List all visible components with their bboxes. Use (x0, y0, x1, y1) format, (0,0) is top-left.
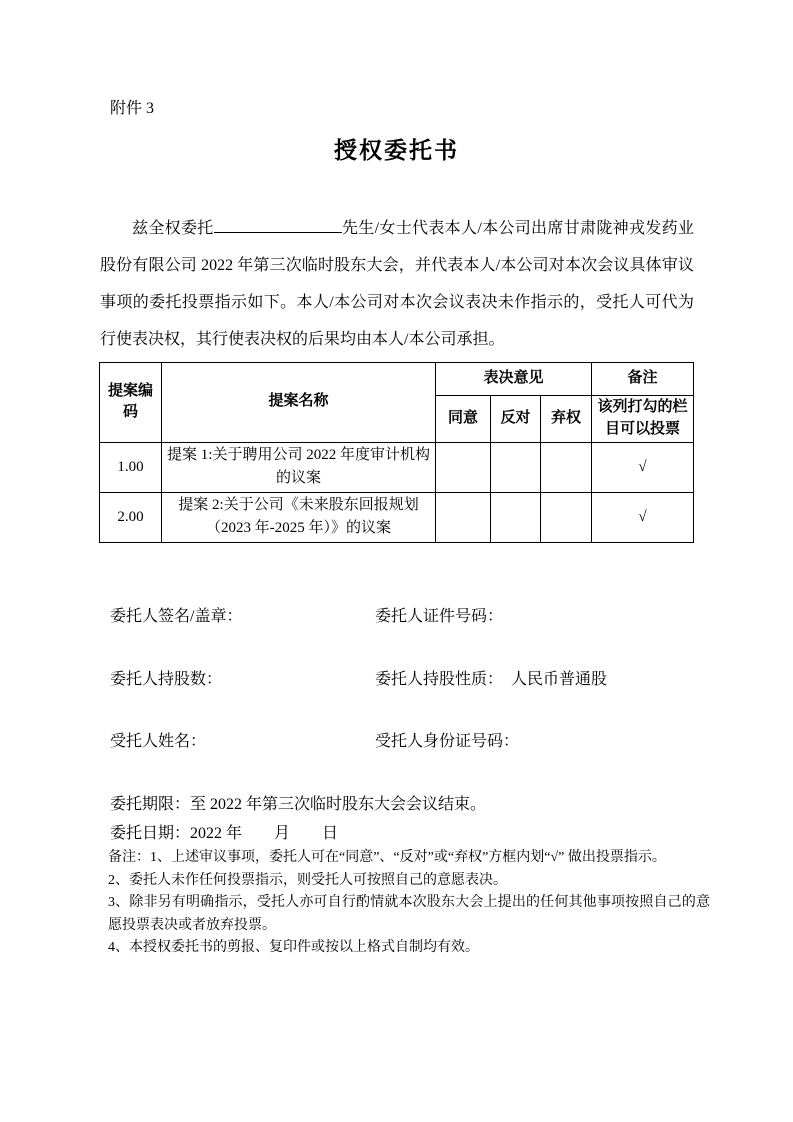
document-page: 附件 3 授权委托书 兹全权委托先生/女士代表本人/本公司出席甘肃陇神戎发药业股… (0, 0, 793, 1122)
authorization-paragraph: 兹全权委托先生/女士代表本人/本公司出席甘肃陇神戎发药业股份有限公司 2022 … (100, 210, 694, 358)
header-remark-note: 该列打勾的栏目可以投票 (592, 396, 694, 443)
principal-share-type-value: 人民币普通股 (511, 671, 607, 688)
proxy-term-line: 委托期限：至 2022 年第三次临时股东大会会议结束。 (110, 791, 486, 814)
header-agree: 同意 (436, 396, 491, 443)
note-3: 3、除非另有明确指示，受托人亦可自行酌情就本次股东大会上提出的任何其他事项按照自… (108, 892, 710, 937)
note-1: 备注：1、上述审议事项，委托人可在“同意”、“反对”或“弃权”方框内划“√” 做… (108, 847, 710, 870)
header-vote-opinion: 表决意见 (436, 363, 592, 396)
header-abstain: 弃权 (541, 396, 592, 443)
note-4: 4、本授权委托书的剪报、复印件或按以上格式自制均有效。 (108, 937, 710, 960)
principal-share-type: 委托人持股性质：人民币普通股 (375, 666, 607, 689)
principal-signature-label: 委托人签名/盖章： (110, 603, 242, 626)
proposal-2-abstain-cell (541, 492, 592, 542)
principal-id-label: 委托人证件号码： (375, 603, 503, 626)
paragraph-lead: 兹全权委托 (132, 220, 214, 237)
proposal-1-name: 提案 1:关于聘用公司 2022 年度审计机构的议案 (162, 442, 436, 492)
notes-section: 备注：1、上述审议事项，委托人可在“同意”、“反对”或“弃权”方框内划“√” 做… (108, 847, 710, 960)
proposal-2-agree-cell (436, 492, 491, 542)
header-proposal-name: 提案名称 (162, 363, 436, 443)
paragraph-rest: 先生/女士代表本人/本公司出席甘肃陇神戎发药业股份有限公司 2022 年第三次临… (100, 220, 694, 348)
proposal-1-agree-cell (436, 442, 491, 492)
principal-shares-label: 委托人持股数： (110, 666, 222, 689)
header-proposal-code: 提案编码 (100, 363, 162, 443)
document-title: 授权委托书 (0, 132, 793, 165)
note-2: 2、委托人未作任何投票指示，则受托人可按照自己的意愿表决。 (108, 870, 710, 893)
header-oppose: 反对 (491, 396, 541, 443)
table-row-proposal-1: 1.00 提案 1:关于聘用公司 2022 年度审计机构的议案 √ (100, 442, 694, 492)
table-header-row-1: 提案编码 提案名称 表决意见 备注 (100, 363, 694, 396)
proposal-2-oppose-cell (491, 492, 541, 542)
proposal-1-abstain-cell (541, 442, 592, 492)
voting-table: 提案编码 提案名称 表决意见 备注 同意 反对 弃权 该列打勾的栏目可以投票 1… (99, 362, 694, 543)
proposal-2-remark-check: √ (592, 492, 694, 542)
header-remark: 备注 (592, 363, 694, 396)
proxy-name-blank (214, 216, 342, 233)
proxy-date-line: 委托日期：2022 年 月 日 (110, 820, 338, 843)
proposal-2-code: 2.00 (100, 492, 162, 542)
trustee-name-label: 受托人姓名： (110, 728, 206, 751)
proposal-2-name: 提案 2:关于公司《未来股东回报规划（2023 年-2025 年）》的议案 (162, 492, 436, 542)
attachment-label: 附件 3 (110, 95, 154, 118)
principal-share-type-label: 委托人持股性质： (375, 671, 503, 688)
proposal-1-remark-check: √ (592, 442, 694, 492)
trustee-id-label: 受托人身份证号码： (375, 728, 519, 751)
proposal-1-oppose-cell (491, 442, 541, 492)
proposal-1-code: 1.00 (100, 442, 162, 492)
table-row-proposal-2: 2.00 提案 2:关于公司《未来股东回报规划（2023 年-2025 年）》的… (100, 492, 694, 542)
